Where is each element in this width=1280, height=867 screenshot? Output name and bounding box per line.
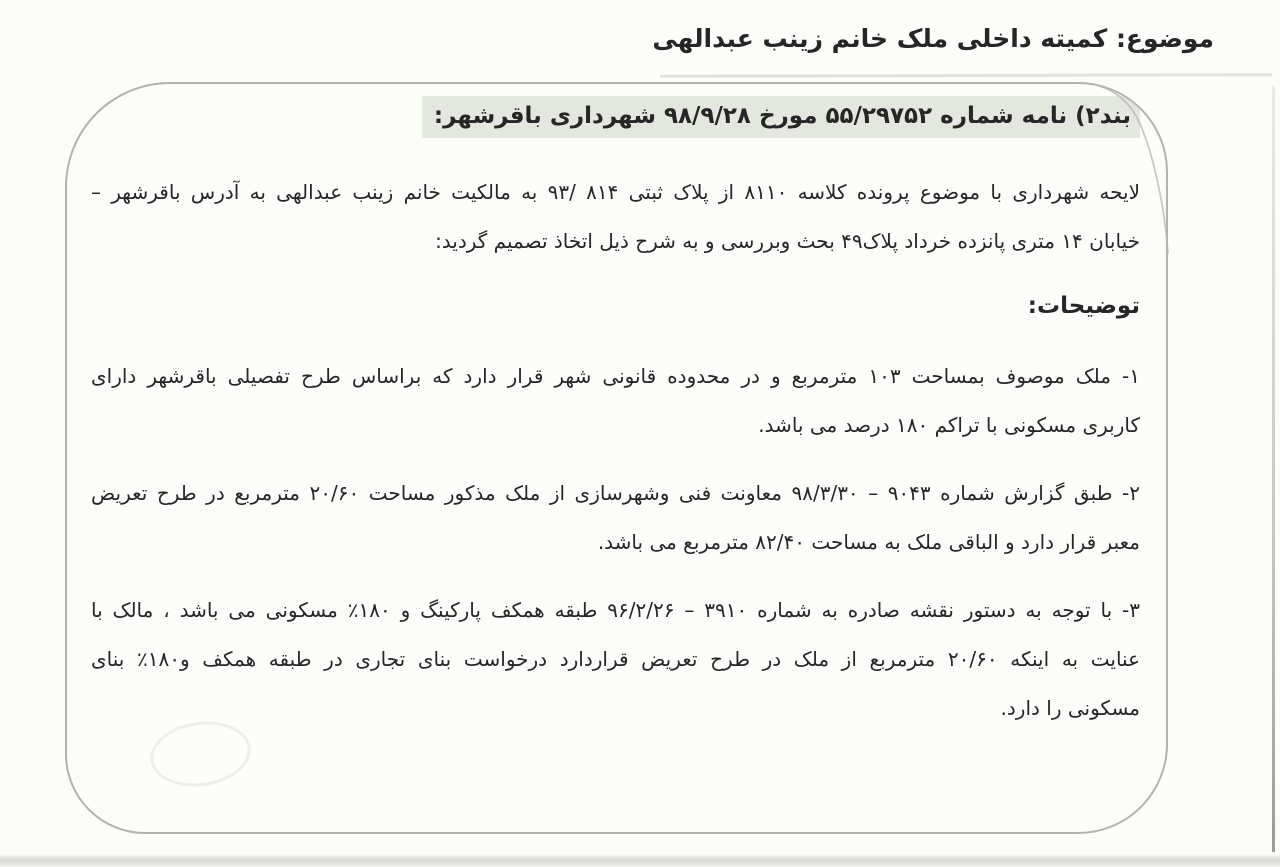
subject-line: موضوع: کمیته داخلی ملک خانم زینب عبدالهی [652, 20, 1214, 58]
item-2-line-1: ۲- طبق گزارش شماره ۹۰۴۳ – ۹۸/۳/۳۰ معاونت… [91, 469, 1140, 518]
decision-box: بند۲) نامه شماره ۵۵/۲۹۷۵۲ مورخ ۹۸/۹/۲۸ ش… [65, 82, 1168, 834]
explanation-item-2: ۲- طبق گزارش شماره ۹۰۴۳ – ۹۸/۳/۳۰ معاونت… [91, 469, 1140, 567]
item-2-line-2: معبر قرار دارد و الباقی ملک به مساحت ۸۲/… [91, 518, 1140, 567]
paper-edge-shadow [1272, 86, 1275, 852]
item-3-line-1: ۳- با توجه به دستور نقشه صادره به شماره … [91, 586, 1140, 635]
scan-bottom-shadow [0, 854, 1280, 867]
intro-line-1: لایحه شهرداری با موضوع پرونده کلاسه ۸۱۱۰… [91, 168, 1140, 217]
scanned-document-page: موضوع: کمیته داخلی ملک خانم زینب عبدالهی… [0, 0, 1280, 867]
band-header-row: بند۲) نامه شماره ۵۵/۲۹۷۵۲ مورخ ۹۸/۹/۲۸ ش… [91, 96, 1140, 138]
intro-paragraph: لایحه شهرداری با موضوع پرونده کلاسه ۸۱۱۰… [91, 168, 1140, 266]
band-header-highlight: بند۲) نامه شماره ۵۵/۲۹۷۵۲ مورخ ۹۸/۹/۲۸ ش… [422, 96, 1140, 138]
intro-line-2: خیابان ۱۴ متری پانزده خرداد پلاک۴۹ بحث و… [91, 217, 1140, 266]
item-1-line-2: کاربری مسکونی با تراکم ۱۸۰ درصد می باشد. [91, 401, 1140, 450]
item-3-line-3: مسکونی را دارد. [91, 684, 1140, 733]
explanation-item-1: ۱- ملک موصوف بمساحت ۱۰۳ مترمربع و در محد… [91, 352, 1140, 450]
item-1-line-1: ۱- ملک موصوف بمساحت ۱۰۳ مترمربع و در محد… [91, 352, 1140, 401]
scan-streak [660, 73, 1272, 78]
item-3-line-2: عنایت به اینکه ۲۰/۶۰ مترمربع از ملک در ط… [91, 635, 1140, 684]
explanations-heading: توضیحات: [91, 288, 1140, 324]
explanation-item-3: ۳- با توجه به دستور نقشه صادره به شماره … [91, 586, 1140, 733]
